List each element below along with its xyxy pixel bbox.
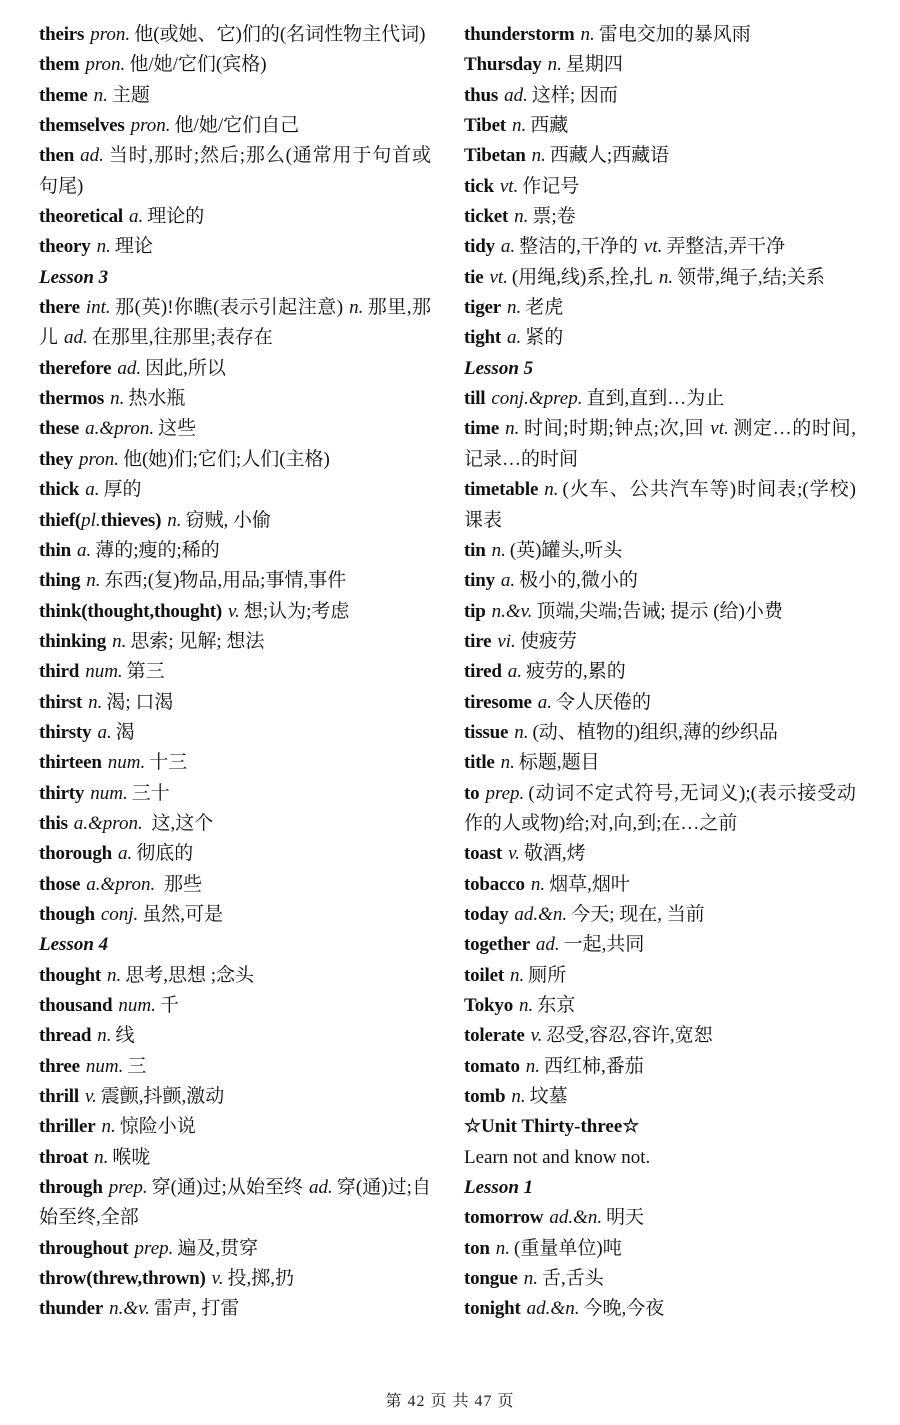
definition: 思考,思想 ;念头 bbox=[125, 965, 254, 986]
definition: 舌,舌头 bbox=[542, 1268, 604, 1289]
vocab-entry: Tokyon.东京 bbox=[464, 991, 856, 1021]
part-of-speech: n. bbox=[531, 874, 545, 895]
headword: thinking bbox=[39, 631, 106, 652]
vocab-entry: tigern.老虎 bbox=[464, 293, 856, 323]
headword: thing bbox=[39, 570, 80, 591]
vocab-entry: threadn.线 bbox=[39, 1021, 431, 1051]
definition: 投,掷,扔 bbox=[227, 1268, 294, 1289]
part-of-speech: n. bbox=[94, 85, 108, 106]
definition: 西红柿,番茄 bbox=[544, 1056, 644, 1077]
part-of-speech: n. bbox=[505, 418, 519, 439]
vocab-entry: toleratev.忍受,容忍,容许,宽恕 bbox=[464, 1021, 856, 1051]
definition: 窃贼, 小偷 bbox=[186, 510, 272, 531]
vocab-entry: thusad.这样; 因而 bbox=[464, 81, 856, 111]
part-of-speech: prep. bbox=[485, 783, 524, 804]
headword: there bbox=[39, 297, 80, 318]
vocab-entry: thosea.&pron. 那些 bbox=[39, 870, 431, 900]
headword: thief( bbox=[39, 510, 81, 531]
part-of-speech: prep. bbox=[135, 1238, 174, 1259]
headword: thick bbox=[39, 479, 79, 500]
part-of-speech: a.&pron. bbox=[85, 418, 154, 439]
vocab-entry: timetablen.(火车、公共汽车等)时间表;(学校)课表 bbox=[464, 475, 856, 536]
part-of-speech: pron. bbox=[85, 54, 125, 75]
definition: 渴; 口渴 bbox=[106, 692, 173, 713]
left-column: theirspron.他(或她、它)们的(名词性物主代词)thempron.他/… bbox=[39, 20, 431, 1325]
definition: 时间;时期;钟点;次,回 bbox=[523, 418, 704, 439]
definition: 因此,所以 bbox=[145, 358, 226, 379]
vocab-entry: tonightad.&n.今晚,今夜 bbox=[464, 1294, 856, 1324]
vocab-entry: tombn.坟墓 bbox=[464, 1082, 856, 1112]
definition: 西藏 bbox=[530, 115, 568, 136]
definition: 忍受,容忍,容许,宽恕 bbox=[546, 1025, 712, 1046]
vocab-entry: thirtynum.三十 bbox=[39, 779, 431, 809]
part-of-speech: n. bbox=[507, 297, 521, 318]
definition: 震颤,抖颤,激动 bbox=[101, 1086, 225, 1107]
headword: thirteen bbox=[39, 752, 102, 773]
headword: today bbox=[464, 904, 508, 925]
headword: tie bbox=[464, 267, 483, 288]
part-of-speech: n.&v. bbox=[109, 1298, 150, 1319]
vocab-entry: thirdnum.第三 bbox=[39, 657, 431, 687]
right-column: thunderstormn.雷电交加的暴风雨Thursdayn.星期四thusa… bbox=[464, 20, 856, 1325]
part-of-speech: ad. bbox=[117, 358, 141, 379]
lesson-heading: Lesson 3 bbox=[39, 263, 431, 293]
vocab-entry: themselvespron.他/她/它们自己 bbox=[39, 111, 431, 141]
headword: three bbox=[39, 1056, 80, 1077]
headword: tiger bbox=[464, 297, 501, 318]
headword: theme bbox=[39, 85, 88, 106]
definition: 理论 bbox=[115, 236, 153, 257]
part-of-speech: a. bbox=[97, 722, 111, 743]
vocab-entry: tobaccon.烟草,烟叶 bbox=[464, 870, 856, 900]
vocab-entry: Tibetann.西藏人;西藏语 bbox=[464, 141, 856, 171]
vocab-entry: throughprep.穿(通)过;从始至终ad.穿(通)过;自始至终,全部 bbox=[39, 1173, 431, 1234]
definition: 顶端,尖端;告诫; 提示 (给)小费 bbox=[536, 601, 782, 622]
definition: 这些 bbox=[158, 418, 196, 439]
headword: Thursday bbox=[464, 54, 542, 75]
definition: 直到,直到…为止 bbox=[587, 388, 725, 409]
definition: 惊险小说 bbox=[120, 1116, 196, 1137]
headword: thread bbox=[39, 1025, 91, 1046]
headword: ticket bbox=[464, 206, 508, 227]
headword: theory bbox=[39, 236, 91, 257]
part-of-speech: n. bbox=[510, 965, 524, 986]
vocab-entry: theypron.他(她)们;它们;人们(主格) bbox=[39, 445, 431, 475]
part-of-speech: ad.&n. bbox=[549, 1207, 602, 1228]
vocab-entry: thundern.&v.雷声, 打雷 bbox=[39, 1294, 431, 1324]
headword: think(thought,thought) bbox=[39, 601, 222, 622]
vocab-entry: throw(threw,thrown)v.投,掷,扔 bbox=[39, 1264, 431, 1294]
definition: 这样; 因而 bbox=[532, 85, 618, 106]
part-of-speech: vt. bbox=[489, 267, 507, 288]
vocab-entry: theoryn.理论 bbox=[39, 232, 431, 262]
part-of-speech: ad. bbox=[536, 934, 560, 955]
definition: 坟墓 bbox=[530, 1086, 568, 1107]
headword: though bbox=[39, 904, 95, 925]
definition: 今天; 现在, 当前 bbox=[571, 904, 705, 925]
headword: thin bbox=[39, 540, 71, 561]
vocab-entry: themen.主题 bbox=[39, 81, 431, 111]
headword: therefore bbox=[39, 358, 111, 379]
headword: title bbox=[464, 752, 495, 773]
headword: timetable bbox=[464, 479, 538, 500]
part-of-speech: a. bbox=[129, 206, 143, 227]
part-of-speech: pron. bbox=[79, 449, 119, 470]
definition: 十三 bbox=[149, 752, 187, 773]
headword: Tibet bbox=[464, 115, 506, 136]
part-of-speech: num. bbox=[118, 995, 155, 1016]
part-of-speech: prep. bbox=[109, 1177, 148, 1198]
headword: to bbox=[464, 783, 479, 804]
vocab-entry: tillconj.&prep.直到,直到…为止 bbox=[464, 384, 856, 414]
definition: 穿(通)过;从始至终 bbox=[152, 1177, 303, 1198]
definition: (英)罐头,听头 bbox=[510, 540, 622, 561]
part-of-speech: n. bbox=[544, 479, 558, 500]
headword: tomato bbox=[464, 1056, 520, 1077]
vocab-entry: thenad.当时,那时;然后;那么(通常用于句首或句尾) bbox=[39, 141, 431, 202]
vocab-entry: Tibetn.西藏 bbox=[464, 111, 856, 141]
definition: 极小的,微小的 bbox=[519, 570, 638, 591]
headword: thunderstorm bbox=[464, 24, 575, 45]
headword: thirsty bbox=[39, 722, 91, 743]
vocab-entry: thingn.东西;(复)物品,用品;事情,事件 bbox=[39, 566, 431, 596]
part-of-speech: n. bbox=[349, 297, 363, 318]
part-of-speech: n. bbox=[94, 1147, 108, 1168]
vocab-entry: toastv.敬酒,烤 bbox=[464, 839, 856, 869]
definition: 雷电交加的暴风雨 bbox=[599, 24, 751, 45]
part-of-speech: n. bbox=[107, 965, 121, 986]
headword: throw(threw,thrown) bbox=[39, 1268, 206, 1289]
definition: 西藏人;西藏语 bbox=[550, 145, 669, 166]
definition: 敬酒,烤 bbox=[524, 843, 586, 864]
part-of-speech: n. bbox=[492, 540, 506, 561]
part-of-speech: ad. bbox=[64, 327, 88, 348]
definition: 那(英)!你瞧(表示引起注意) bbox=[115, 297, 343, 318]
vocab-entry: thirstn.渴; 口渴 bbox=[39, 688, 431, 718]
definition: 东西;(复)物品,用品;事情,事件 bbox=[105, 570, 347, 591]
part-of-speech: a.&pron. bbox=[86, 874, 155, 895]
part-of-speech: ad.&n. bbox=[514, 904, 567, 925]
part-of-speech: n. bbox=[110, 388, 124, 409]
headword: Tibetan bbox=[464, 145, 526, 166]
headword: them bbox=[39, 54, 79, 75]
part-of-speech: num. bbox=[86, 1056, 123, 1077]
definition: 疲劳的,累的 bbox=[526, 661, 626, 682]
part-of-speech: n. bbox=[524, 1268, 538, 1289]
definition: 他(或她、它)们的(名词性物主代词) bbox=[134, 24, 425, 45]
headword: these bbox=[39, 418, 79, 439]
headword: tolerate bbox=[464, 1025, 525, 1046]
part-of-speech: n. bbox=[519, 995, 533, 1016]
part-of-speech: v. bbox=[508, 843, 520, 864]
part-of-speech: n. bbox=[514, 206, 528, 227]
definition: 那些 bbox=[159, 874, 202, 895]
part-of-speech: ad. bbox=[309, 1177, 333, 1198]
definition: 东京 bbox=[537, 995, 575, 1016]
part-of-speech: n. bbox=[532, 145, 546, 166]
plural-label: pl. bbox=[81, 510, 101, 531]
vocab-entry: tidya.整洁的,干净的vt.弄整洁,弄干净 bbox=[464, 232, 856, 262]
headword: this bbox=[39, 813, 68, 834]
headword: tick bbox=[464, 176, 494, 197]
headword: thus bbox=[464, 85, 498, 106]
part-of-speech: pron. bbox=[131, 115, 171, 136]
part-of-speech: n. bbox=[548, 54, 562, 75]
vocab-entry: tickvt.作记号 bbox=[464, 172, 856, 202]
vocab-entry: tinn.(英)罐头,听头 bbox=[464, 536, 856, 566]
vocab-entry: thempron.他/她/它们(宾格) bbox=[39, 50, 431, 80]
headword: tiny bbox=[464, 570, 495, 591]
definition: 这,这个 bbox=[147, 813, 214, 834]
headword: Tokyo bbox=[464, 995, 513, 1016]
part-of-speech: v. bbox=[85, 1086, 97, 1107]
part-of-speech: ad. bbox=[80, 145, 104, 166]
part-of-speech: num. bbox=[85, 661, 122, 682]
vocab-entry: toprep.(动词不定式符号,无词义);(表示接受动作的人或物)给;对,向,到… bbox=[464, 779, 856, 840]
unit-heading: ☆Unit Thirty-three☆ bbox=[464, 1112, 856, 1142]
headword: tip bbox=[464, 601, 486, 622]
part-of-speech: n. bbox=[86, 570, 100, 591]
headword: thirty bbox=[39, 783, 84, 804]
part-of-speech: conj. bbox=[101, 904, 138, 925]
headword: theirs bbox=[39, 24, 84, 45]
vocab-entry: tinya.极小的,微小的 bbox=[464, 566, 856, 596]
part-of-speech: n.&v. bbox=[492, 601, 533, 622]
vocab-entry: thrillern.惊险小说 bbox=[39, 1112, 431, 1142]
definition: 厚的 bbox=[103, 479, 141, 500]
definition: 紧的 bbox=[525, 327, 563, 348]
headword: tomb bbox=[464, 1086, 505, 1107]
vocab-entry: todayad.&n.今天; 现在, 当前 bbox=[464, 900, 856, 930]
definition: 三 bbox=[127, 1056, 146, 1077]
vocab-entry: tomaton.西红柿,番茄 bbox=[464, 1052, 856, 1082]
headword: thriller bbox=[39, 1116, 95, 1137]
definition: (动、植物的)组织,薄的纱织品 bbox=[532, 722, 777, 743]
headword: third bbox=[39, 661, 79, 682]
vocab-entry: thorougha.彻底的 bbox=[39, 839, 431, 869]
vocab-entry: thesea.&pron.这些 bbox=[39, 414, 431, 444]
vocab-entry: tiresomea.令人厌倦的 bbox=[464, 688, 856, 718]
vocab-entry: thinkingn.思索; 见解; 想法 bbox=[39, 627, 431, 657]
vocab-entry: thunderstormn.雷电交加的暴风雨 bbox=[464, 20, 856, 50]
part-of-speech: int. bbox=[86, 297, 111, 318]
headword: thermos bbox=[39, 388, 104, 409]
vocab-entry: tireda.疲劳的,累的 bbox=[464, 657, 856, 687]
vocab-entry: thicka.厚的 bbox=[39, 475, 431, 505]
part-of-speech: n. bbox=[511, 1086, 525, 1107]
headword: tiresome bbox=[464, 692, 532, 713]
part-of-speech: n. bbox=[88, 692, 102, 713]
definition: 想;认为;考虑 bbox=[244, 601, 350, 622]
part-of-speech: n. bbox=[97, 1025, 111, 1046]
vocab-entry: thisa.&pron. 这,这个 bbox=[39, 809, 431, 839]
definition: 厕所 bbox=[528, 965, 566, 986]
part-of-speech: a. bbox=[501, 570, 515, 591]
definition: 烟草,烟叶 bbox=[549, 874, 630, 895]
part-of-speech: vt. bbox=[644, 236, 662, 257]
headword: thrill bbox=[39, 1086, 79, 1107]
definition: 喉咙 bbox=[112, 1147, 150, 1168]
vocab-entry: thoughtn.思考,思想 ;念头 bbox=[39, 961, 431, 991]
part-of-speech: ad. bbox=[504, 85, 528, 106]
part-of-speech: a.&pron. bbox=[74, 813, 143, 834]
vocab-entry: theirspron.他(或她、它)们的(名词性物主代词) bbox=[39, 20, 431, 50]
part-of-speech: vt. bbox=[500, 176, 518, 197]
headword: time bbox=[464, 418, 499, 439]
part-of-speech: n. bbox=[581, 24, 595, 45]
headword: themselves bbox=[39, 115, 125, 136]
vocab-entry: tissuen.(动、植物的)组织,薄的纱织品 bbox=[464, 718, 856, 748]
headword: tidy bbox=[464, 236, 495, 257]
headword: tomorrow bbox=[464, 1207, 543, 1228]
part-of-speech: n. bbox=[659, 267, 673, 288]
headword: thousand bbox=[39, 995, 112, 1016]
vocab-entry: thousandnum.千 bbox=[39, 991, 431, 1021]
part-of-speech: vt. bbox=[710, 418, 728, 439]
definition: 在那里,往那里;表存在 bbox=[92, 327, 273, 348]
headword: throughout bbox=[39, 1238, 129, 1259]
definition: 第三 bbox=[127, 661, 165, 682]
definition: 令人厌倦的 bbox=[556, 692, 651, 713]
vocab-entry: tirevi.使疲劳 bbox=[464, 627, 856, 657]
headword: tobacco bbox=[464, 874, 525, 895]
part-of-speech: num. bbox=[108, 752, 145, 773]
definition: 主题 bbox=[112, 85, 150, 106]
definition: 他/她/它们(宾格) bbox=[129, 54, 266, 75]
vocab-entry: thereforead.因此,所以 bbox=[39, 354, 431, 384]
headword: tire bbox=[464, 631, 491, 652]
part-of-speech: n. bbox=[526, 1056, 540, 1077]
page-footer: 第 42 页 共 47 页 bbox=[0, 1388, 900, 1411]
part-of-speech: a. bbox=[118, 843, 132, 864]
vocab-entry: timen.时间;时期;钟点;次,回vt.测定…的时间,记录…的时间 bbox=[464, 414, 856, 475]
vocab-entry: ticketn.票;卷 bbox=[464, 202, 856, 232]
part-of-speech: ad.&n. bbox=[527, 1298, 580, 1319]
definition: 星期四 bbox=[566, 54, 623, 75]
definition: 今晚,今夜 bbox=[583, 1298, 664, 1319]
part-of-speech: n. bbox=[514, 722, 528, 743]
definition: (用绳,线)系,拴,扎 bbox=[512, 267, 653, 288]
vocab-entry: tipn.&v.顶端,尖端;告诫; 提示 (给)小费 bbox=[464, 597, 856, 627]
vocab-entry: tonguen.舌,舌头 bbox=[464, 1264, 856, 1294]
vocab-entry: threenum.三 bbox=[39, 1052, 431, 1082]
part-of-speech: a. bbox=[508, 661, 522, 682]
definition: 领带,绳子,结;关系 bbox=[677, 267, 825, 288]
part-of-speech: vi. bbox=[497, 631, 515, 652]
headword: theoretical bbox=[39, 206, 123, 227]
definition: 遍及,贯穿 bbox=[177, 1238, 258, 1259]
part-of-speech: a. bbox=[77, 540, 91, 561]
vocab-entry: thief(pl.thieves)n.窃贼, 小偷 bbox=[39, 506, 431, 536]
lesson-heading: Lesson 5 bbox=[464, 354, 856, 384]
definition: 他(她)们;它们;人们(主格) bbox=[123, 449, 330, 470]
headword: throat bbox=[39, 1147, 88, 1168]
plural-form: thieves) bbox=[101, 510, 162, 531]
definition: 彻底的 bbox=[136, 843, 193, 864]
part-of-speech: n. bbox=[501, 752, 515, 773]
vocab-entry: togetherad.一起,共同 bbox=[464, 930, 856, 960]
part-of-speech: n. bbox=[97, 236, 111, 257]
definition: 薄的;瘦的;稀的 bbox=[95, 540, 220, 561]
vocab-entry: tomorrowad.&n.明天 bbox=[464, 1203, 856, 1233]
headword: together bbox=[464, 934, 530, 955]
headword: those bbox=[39, 874, 80, 895]
definition: 千 bbox=[160, 995, 179, 1016]
vocab-entry: think(thought,thought)v.想;认为;考虑 bbox=[39, 597, 431, 627]
unit-motto: Learn not and know not. bbox=[464, 1143, 856, 1173]
headword: thorough bbox=[39, 843, 112, 864]
definition: 理论的 bbox=[147, 206, 204, 227]
definition: 作记号 bbox=[522, 176, 579, 197]
headword: through bbox=[39, 1177, 103, 1198]
part-of-speech: a. bbox=[538, 692, 552, 713]
vocab-entry: thoughconj.虽然,可是 bbox=[39, 900, 431, 930]
headword: thought bbox=[39, 965, 101, 986]
vocab-entry: thermosn.热水瓶 bbox=[39, 384, 431, 414]
vocab-entry: tighta.紧的 bbox=[464, 323, 856, 353]
definition: 三十 bbox=[132, 783, 170, 804]
part-of-speech: a. bbox=[501, 236, 515, 257]
definition: 一起,共同 bbox=[564, 934, 645, 955]
headword: tired bbox=[464, 661, 502, 682]
part-of-speech: n. bbox=[101, 1116, 115, 1137]
headword: they bbox=[39, 449, 73, 470]
definition: 明天 bbox=[606, 1207, 644, 1228]
headword: toast bbox=[464, 843, 502, 864]
headword: tin bbox=[464, 540, 486, 561]
part-of-speech: conj.&prep. bbox=[491, 388, 582, 409]
vocab-entry: thereint.那(英)!你瞧(表示引起注意)n.那里,那儿ad.在那里,往那… bbox=[39, 293, 431, 354]
part-of-speech: n. bbox=[112, 631, 126, 652]
definition: 热水瓶 bbox=[128, 388, 185, 409]
part-of-speech: v. bbox=[212, 1268, 224, 1289]
headword: till bbox=[464, 388, 485, 409]
definition: 使疲劳 bbox=[520, 631, 577, 652]
definition: 渴 bbox=[116, 722, 135, 743]
definition: (重量单位)吨 bbox=[514, 1238, 622, 1259]
headword: thunder bbox=[39, 1298, 103, 1319]
vocab-entry: thirteennum.十三 bbox=[39, 748, 431, 778]
headword: tongue bbox=[464, 1268, 518, 1289]
vocab-entry: Thursdayn.星期四 bbox=[464, 50, 856, 80]
vocab-entry: tievt.(用绳,线)系,拴,扎n.领带,绳子,结;关系 bbox=[464, 263, 856, 293]
headword: tissue bbox=[464, 722, 508, 743]
definition: 票;卷 bbox=[532, 206, 575, 227]
headword: tonight bbox=[464, 1298, 521, 1319]
part-of-speech: n. bbox=[512, 115, 526, 136]
vocab-entry: toiletn.厕所 bbox=[464, 961, 856, 991]
vocab-entry: theoreticala.理论的 bbox=[39, 202, 431, 232]
definition: 思索; 见解; 想法 bbox=[130, 631, 264, 652]
headword: tight bbox=[464, 327, 501, 348]
part-of-speech: a. bbox=[85, 479, 99, 500]
headword: ton bbox=[464, 1238, 490, 1259]
lesson-heading: Lesson 4 bbox=[39, 930, 431, 960]
definition: 老虎 bbox=[525, 297, 563, 318]
vocab-entry: titlen.标题,题目 bbox=[464, 748, 856, 778]
vocab-entry: thrillv.震颤,抖颤,激动 bbox=[39, 1082, 431, 1112]
vocab-entry: thirstya.渴 bbox=[39, 718, 431, 748]
definition: 雷声, 打雷 bbox=[154, 1298, 240, 1319]
definition: 整洁的,干净的 bbox=[519, 236, 638, 257]
headword: then bbox=[39, 145, 74, 166]
definition: 标题,题目 bbox=[519, 752, 600, 773]
definition: 虽然,可是 bbox=[142, 904, 223, 925]
part-of-speech: n. bbox=[167, 510, 181, 531]
vocab-entry: tonn.(重量单位)吨 bbox=[464, 1234, 856, 1264]
vocab-entry: thina.薄的;瘦的;稀的 bbox=[39, 536, 431, 566]
part-of-speech: n. bbox=[496, 1238, 510, 1259]
